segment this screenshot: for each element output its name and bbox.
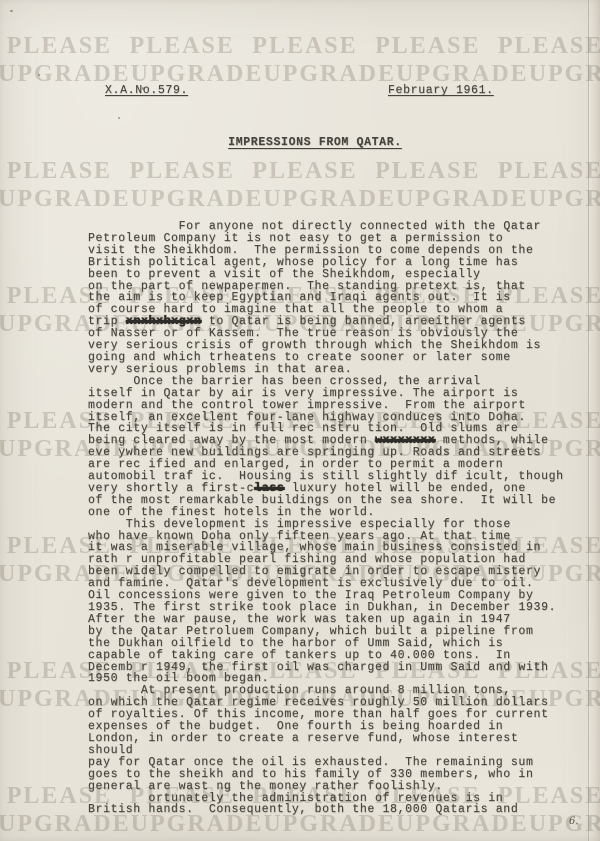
document-reference-number: X.A.No.579. bbox=[105, 84, 188, 97]
paper-speck bbox=[38, 74, 40, 76]
paragraph: This development is impressive especiall… bbox=[88, 519, 570, 686]
paragraph: Once the barrier has been crossed, the a… bbox=[88, 376, 570, 519]
text-run: ortunately the administration of revenue… bbox=[88, 792, 518, 817]
paragraph: At present production runs around 8 mill… bbox=[88, 685, 570, 792]
document-content: X.A.No.579. February 1961. IMPRESSIONS F… bbox=[0, 0, 600, 841]
text-run: For anyone not directly connected with t… bbox=[88, 220, 541, 328]
scanned-document-page: PLEASEPLEASEPLEASEPLEASEPLEASEUPGRADEUPG… bbox=[0, 0, 600, 841]
paragraph: For anyone not directly connected with t… bbox=[88, 221, 570, 376]
document-title: IMPRESSIONS FROM QATAR. bbox=[30, 136, 600, 149]
paper-speck bbox=[10, 10, 13, 12]
paragraph: ortunately the administration of revenue… bbox=[88, 793, 570, 817]
paper-speck bbox=[118, 117, 120, 119]
text-run: This development is impressive especiall… bbox=[88, 518, 556, 686]
page-number: 6. bbox=[569, 816, 579, 827]
text-run: At present production runs around 8 mill… bbox=[88, 684, 549, 792]
document-date: February 1961. bbox=[388, 84, 494, 97]
paper-speck bbox=[142, 87, 144, 90]
document-body: For anyone not directly connected with t… bbox=[88, 221, 570, 816]
